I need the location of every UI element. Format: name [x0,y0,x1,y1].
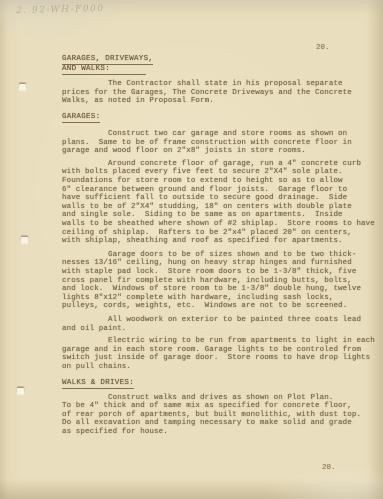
walks-drives-paragraph-1: Construct walks and drives as shown on P… [62,394,374,437]
garages-paragraph-2: Around concrete floor of garage, run a 4… [62,160,374,246]
garages-paragraph-5: Electric wiring to be run from apartment… [62,337,374,371]
main-heading-line2: AND WALKS: [62,65,146,75]
document-content: GARAGES, DRIVEWAYS,AND WALKS: The Contra… [62,55,374,437]
section-heading-garages: GARAGES: [62,113,374,123]
main-heading-line1: GARAGES, DRIVEWAYS, [62,55,153,65]
garages-paragraph-4: All woodwork on exterior to be painted t… [62,316,374,333]
handwritten-annotation: 2. 92-WH-F000 [16,4,105,16]
section-heading-walks-drives: WALKS & DRIVES: [62,379,374,389]
main-heading: GARAGES, DRIVEWAYS,AND WALKS: [62,55,374,75]
paper-blemish [19,84,26,90]
garages-paragraph-3: Garage doors to be of sizes shown and to… [62,251,374,311]
garages-paragraph-1: Construct two car garage and store rooms… [62,130,374,156]
page-number-top: 20. [316,44,330,52]
intro-paragraph: The Contractor shall state in his propos… [62,80,374,106]
paper-blemish [17,388,24,394]
document-page: 2. 92-WH-F000 20. GARAGES, DRIVEWAYS,AND… [0,0,383,499]
paper-blemish [21,237,28,243]
page-number-bottom: 20. [322,464,336,472]
